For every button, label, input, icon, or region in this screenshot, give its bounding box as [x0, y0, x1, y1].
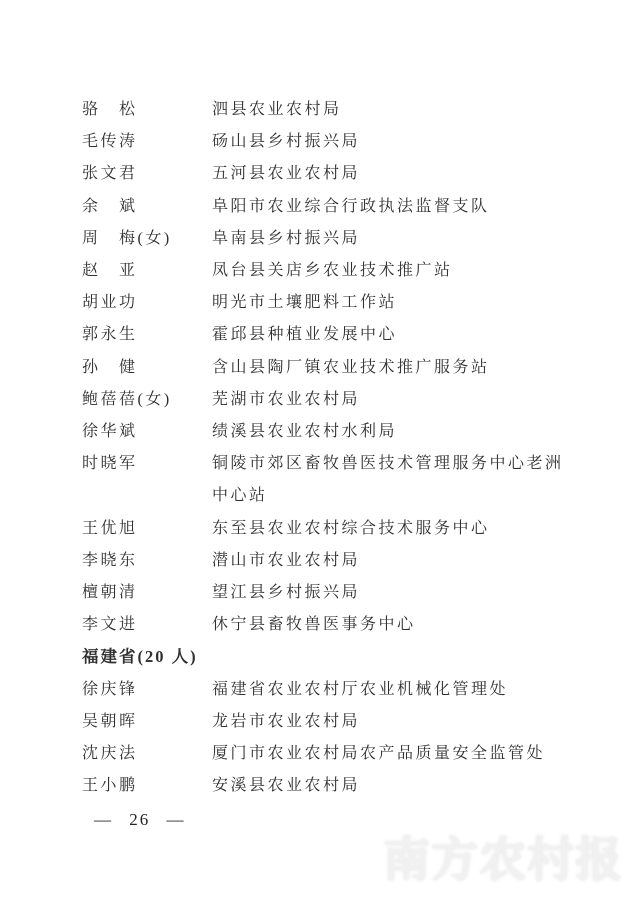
person-unit: 福建省农业农村厅农业机械化管理处	[212, 674, 576, 706]
person-name: 徐华斌	[82, 416, 212, 448]
person-name: 沈庆法	[82, 738, 212, 770]
person-unit: 安溪县农业农村局	[212, 770, 576, 802]
person-name: 赵 亚	[82, 255, 212, 287]
roster-row: 檀朝清 望江县乡村振兴局	[82, 577, 582, 609]
person-name: 周 梅(女)	[82, 223, 212, 255]
person-unit: 砀山县乡村振兴局	[212, 126, 576, 158]
person-name: 毛传涛	[82, 126, 212, 158]
person-name: 檀朝清	[82, 577, 212, 609]
roster-row: 周 梅(女) 阜南县乡村振兴局	[82, 223, 582, 255]
roster-row: 徐华斌 绩溪县农业农村水利局	[82, 416, 582, 448]
person-unit: 阜南县乡村振兴局	[212, 223, 576, 255]
roster-row: 骆 松 泗县农业农村局	[82, 94, 582, 126]
province-section-header: 福建省(20 人)	[82, 641, 582, 673]
roster-row: 徐庆锋 福建省农业农村厅农业机械化管理处	[82, 674, 582, 706]
roster-row: 胡业功 明光市土壤肥料工作站	[82, 287, 582, 319]
person-unit: 望江县乡村振兴局	[212, 577, 576, 609]
person-unit: 明光市土壤肥料工作站	[212, 287, 576, 319]
person-unit: 霍邱县种植业发展中心	[212, 319, 576, 351]
person-unit: 芜湖市农业农村局	[212, 384, 576, 416]
person-name: 胡业功	[82, 287, 212, 319]
person-unit: 泗县农业农村局	[212, 94, 576, 126]
person-name: 张文君	[82, 158, 212, 190]
roster-row: 李文进 休宁县畜牧兽医事务中心	[82, 609, 582, 641]
person-name: 吴朝晖	[82, 706, 212, 738]
roster-row: 时晓军 铜陵市郊区畜牧兽医技术管理服务中心老洲中心站	[82, 448, 582, 512]
document-page: 骆 松 泗县农业农村局 毛传涛 砀山县乡村振兴局 张文君 五河县农业农村局 余 …	[0, 0, 640, 905]
person-name: 孙 健	[82, 352, 212, 384]
roster-row: 张文君 五河县农业农村局	[82, 158, 582, 190]
person-unit: 阜阳市农业综合行政执法监督支队	[212, 191, 576, 223]
roster-row: 沈庆法 厦门市农业农村局农产品质量安全监管处	[82, 738, 582, 770]
person-unit: 潜山市农业农村局	[212, 545, 576, 577]
person-name: 骆 松	[82, 94, 212, 126]
person-name: 徐庆锋	[82, 674, 212, 706]
roster-row: 郭永生 霍邱县种植业发展中心	[82, 319, 582, 351]
person-unit: 凤台县关店乡农业技术推广站	[212, 255, 576, 287]
person-name: 郭永生	[82, 319, 212, 351]
person-name: 时晓军	[82, 448, 212, 480]
person-unit: 龙岩市农业农村局	[212, 706, 576, 738]
person-unit: 五河县农业农村局	[212, 158, 576, 190]
person-name: 王小鹏	[82, 770, 212, 802]
person-unit: 含山县陶厂镇农业技术推广服务站	[212, 352, 576, 384]
person-name: 李晓东	[82, 545, 212, 577]
person-name: 李文进	[82, 609, 212, 641]
roster-row: 赵 亚 凤台县关店乡农业技术推广站	[82, 255, 582, 287]
newspaper-watermark: 南方农村报	[383, 816, 640, 905]
person-name: 鲍蓓蓓(女)	[82, 384, 212, 416]
person-unit: 东至县农业农村综合技术服务中心	[212, 513, 576, 545]
roster-row: 余 斌 阜阳市农业综合行政执法监督支队	[82, 191, 582, 223]
person-name: 王优旭	[82, 513, 212, 545]
roster-row: 毛传涛 砀山县乡村振兴局	[82, 126, 582, 158]
roster-row: 鲍蓓蓓(女) 芜湖市农业农村局	[82, 384, 582, 416]
person-unit: 厦门市农业农村局农产品质量安全监管处	[212, 738, 576, 770]
person-name: 余 斌	[82, 191, 212, 223]
page-number: — 26 —	[94, 810, 186, 830]
roster-row: 吴朝晖 龙岩市农业农村局	[82, 706, 582, 738]
roster-list: 骆 松 泗县农业农村局 毛传涛 砀山县乡村振兴局 张文君 五河县农业农村局 余 …	[82, 94, 582, 802]
roster-row: 李晓东 潜山市农业农村局	[82, 545, 582, 577]
person-unit: 铜陵市郊区畜牧兽医技术管理服务中心老洲中心站	[212, 448, 576, 512]
roster-row: 孙 健 含山县陶厂镇农业技术推广服务站	[82, 352, 582, 384]
person-unit: 绩溪县农业农村水利局	[212, 416, 576, 448]
roster-row: 王小鹏 安溪县农业农村局	[82, 770, 582, 802]
person-unit: 休宁县畜牧兽医事务中心	[212, 609, 576, 641]
roster-row: 王优旭 东至县农业农村综合技术服务中心	[82, 513, 582, 545]
